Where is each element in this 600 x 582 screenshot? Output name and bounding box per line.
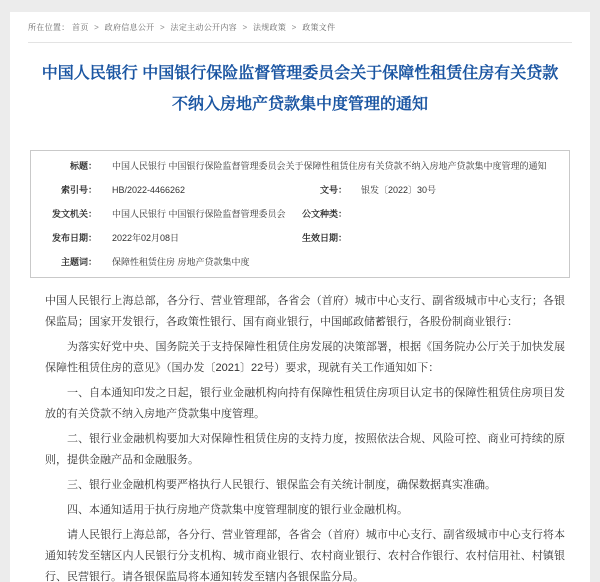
meta-label: 发文机关： <box>31 202 97 226</box>
breadcrumb: 所在位置： 首页 > 政府信息公开 > 法定主动公开内容 > 法规政策 > 政策… <box>28 12 572 43</box>
meta-value <box>347 202 569 226</box>
breadcrumb-link[interactable]: 首页 <box>72 23 89 32</box>
meta-label: 标题： <box>31 154 97 178</box>
meta-label: 主题词： <box>31 250 97 274</box>
breadcrumb-separator: > <box>289 23 299 32</box>
meta-label: 索引号： <box>31 178 97 202</box>
body-paragraph: 中国人民银行上海总部，各分行、营业管理部，各省会（首府）城市中心支行、副省级城市… <box>45 291 565 333</box>
meta-value: 中国人民银行 中国银行保险监督管理委员会 <box>97 202 292 226</box>
meta-row: 发布日期：2022年02月08日生效日期： <box>31 226 569 250</box>
breadcrumb-separator: > <box>157 23 167 32</box>
meta-value: 银发〔2022〕30号 <box>347 178 569 202</box>
meta-value: 中国人民银行 中国银行保险监督管理委员会关于保障性租赁住房有关贷款不纳入房地产贷… <box>97 154 569 178</box>
meta-label: 生效日期： <box>292 226 347 250</box>
body-paragraph: 请人民银行上海总部，各分行、营业管理部，各省会（首府）城市中心支行、副省级城市中… <box>45 525 565 582</box>
page-title: 中国人民银行 中国银行保险监督管理委员会关于保障性租赁住房有关贷款不纳入房地产贷… <box>38 58 562 120</box>
breadcrumb-prefix: 所在位置： <box>28 23 70 32</box>
page-background: { "breadcrumb": { "prefix": "所在位置：", "se… <box>0 0 600 582</box>
breadcrumb-separator: > <box>240 23 250 32</box>
breadcrumb-link[interactable]: 法规政策 <box>253 23 286 32</box>
meta-table: 标题：中国人民银行 中国银行保险监督管理委员会关于保障性租赁住房有关贷款不纳入房… <box>30 150 570 278</box>
breadcrumb-items: 首页 > 政府信息公开 > 法定主动公开内容 > 法规政策 > 政策文件 <box>72 23 335 32</box>
document-body: 中国人民银行上海总部，各分行、营业管理部，各省会（首府）城市中心支行、副省级城市… <box>45 291 565 582</box>
meta-label: 公文种类： <box>292 202 347 226</box>
breadcrumb-link[interactable]: 法定主动公开内容 <box>171 23 237 32</box>
meta-value: 保障性租赁住房 房地产贷款集中度 <box>97 250 569 274</box>
breadcrumb-separator: > <box>92 23 102 32</box>
body-paragraph: 一、自本通知印发之日起，银行业金融机构向持有保障性租赁住房项目认定书的保障性租赁… <box>45 383 565 425</box>
meta-label: 文号： <box>292 178 347 202</box>
body-paragraph: 为落实好党中央、国务院关于支持保障性租赁住房发展的决策部署，根据《国务院办公厅关… <box>45 337 565 379</box>
breadcrumb-link[interactable]: 政府信息公开 <box>105 23 155 32</box>
body-paragraph: 二、银行业金融机构要加大对保障性租赁住房的支持力度，按照依法合规、风险可控、商业… <box>45 429 565 471</box>
body-paragraph: 四、本通知适用于执行房地产贷款集中度管理制度的银行业金融机构。 <box>45 500 565 521</box>
meta-row: 主题词：保障性租赁住房 房地产贷款集中度 <box>31 250 569 274</box>
meta-label: 发布日期： <box>31 226 97 250</box>
meta-value <box>347 226 569 250</box>
meta-value: HB/2022-4466262 <box>97 178 292 202</box>
meta-row: 索引号：HB/2022-4466262文号：银发〔2022〕30号 <box>31 178 569 202</box>
breadcrumb-link[interactable]: 政策文件 <box>302 23 335 32</box>
content-card: 所在位置： 首页 > 政府信息公开 > 法定主动公开内容 > 法规政策 > 政策… <box>10 12 590 582</box>
meta-row: 标题：中国人民银行 中国银行保险监督管理委员会关于保障性租赁住房有关贷款不纳入房… <box>31 154 569 178</box>
meta-value: 2022年02月08日 <box>97 226 292 250</box>
meta-row: 发文机关：中国人民银行 中国银行保险监督管理委员会公文种类： <box>31 202 569 226</box>
body-paragraph: 三、银行业金融机构要严格执行人民银行、银保监会有关统计制度，确保数据真实准确。 <box>45 475 565 496</box>
